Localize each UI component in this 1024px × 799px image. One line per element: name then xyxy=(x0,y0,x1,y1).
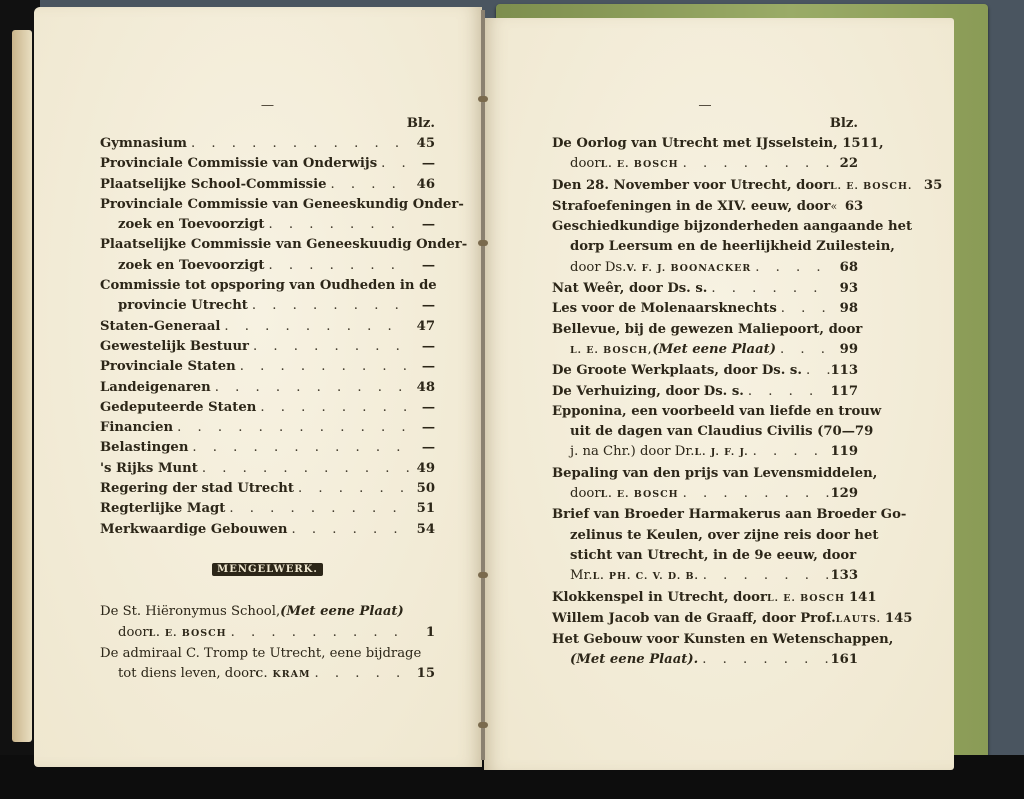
toc-entry: Epponina, een voorbeeld van liefde en tr… xyxy=(552,402,858,464)
entry-title: Nat Weêr, door Ds. s. xyxy=(552,279,707,299)
entry-author: L. E. BOSCH xyxy=(601,155,679,175)
entry-title: Financien xyxy=(100,418,173,438)
entry-plate-note: (Met eene Plaat) xyxy=(652,340,776,360)
entry-title: Klokkenspel in Utrecht, door xyxy=(552,588,767,608)
binding-stitch xyxy=(478,722,488,728)
entry-title: Epponina, een voorbeeld van liefde en tr… xyxy=(552,402,881,422)
toc-entry: De Oorlog van Utrecht met IJsselstein, 1… xyxy=(552,134,858,176)
entry-title: De Verhuizing, door Ds. s. xyxy=(552,382,744,402)
entry-page: 99 xyxy=(832,340,858,360)
entry-title: Provinciale Staten xyxy=(100,357,236,377)
entry-title-cont: zoek en Toevoorzigt xyxy=(118,215,264,235)
toc-entry: 's Rijks Munt49 xyxy=(100,459,435,479)
entry-author: L. J. F. J. xyxy=(694,443,748,463)
entry-title-cont: uit de dagen van Claudius Civilis (70—79 xyxy=(570,422,873,442)
entry-title-cont: zelinus te Keulen, over zijne reis door … xyxy=(570,526,879,546)
entry-page: — xyxy=(409,438,435,458)
entry-title: Landeigenaren xyxy=(100,378,211,398)
entry-title: Geschiedkundige bijzonderheden aangaande… xyxy=(552,217,912,237)
entry-page: — xyxy=(409,418,435,438)
toc-entry: Landeigenaren48 xyxy=(100,378,435,398)
entry-page: 54 xyxy=(409,520,435,540)
page-stack-edge xyxy=(12,30,32,742)
page-top-mark: — xyxy=(552,98,858,114)
entry-title: De admiraal C. Tromp te Utrecht, eene bi… xyxy=(100,644,421,664)
binding-stitch xyxy=(478,240,488,246)
toc-entry: Brief van Broeder Harmakerus aan Broeder… xyxy=(552,505,858,587)
entry-title: Provinciale Commissie van Geneeskundig O… xyxy=(100,195,464,215)
entry-page: 119 xyxy=(830,442,858,462)
entry-page: 45 xyxy=(409,134,435,154)
entry-page: 113 xyxy=(830,361,858,381)
toc-entry: Bellevue, bij de gewezen Maliepoort, doo… xyxy=(552,320,858,362)
entry-title-cont: provincie Utrecht xyxy=(118,296,248,316)
entry-title: Gedeputeerde Staten xyxy=(100,398,256,418)
toc-entry: Belastingen— xyxy=(100,438,435,458)
entry-page: 129 xyxy=(830,484,858,504)
entry-page: 15 xyxy=(409,664,435,684)
entry-title-cont: sticht van Utrecht, in de 9e eeuw, door xyxy=(570,546,856,566)
entry-title: Les voor de Molenaarsknechts xyxy=(552,299,777,319)
entry-author: V. F. J. BOONACKER xyxy=(626,259,751,279)
toc-entry: Strafoefeningen in de XIV. eeuw, door«63 xyxy=(552,197,858,217)
page-column-header: Blz. xyxy=(100,114,435,134)
entry-page: 47 xyxy=(409,317,435,337)
section-heading-label: MENGELWERK. xyxy=(212,563,323,576)
entry-title: Strafoefeningen in de XIV. eeuw, door xyxy=(552,197,831,217)
entry-author: L. E. BOSCH. xyxy=(830,177,912,197)
entry-title: Plaatselijke School-Commissie xyxy=(100,175,327,195)
entry-page: — xyxy=(409,398,435,418)
entry-by: tot diens leven, door xyxy=(118,664,255,684)
right-table-of-contents: — Blz. De Oorlog van Utrecht met IJssels… xyxy=(552,98,858,671)
toc-entry: Geschiedkundige bijzonderheden aangaande… xyxy=(552,217,858,279)
entry-author: « xyxy=(831,197,838,217)
entry-title: Belastingen xyxy=(100,438,188,458)
entry-title: De Oorlog van Utrecht met IJsselstein, 1… xyxy=(552,134,884,154)
entry-page: 50 xyxy=(409,479,435,499)
entry-page: 22 xyxy=(832,154,858,174)
entry-title: Regterlijke Magt xyxy=(100,499,225,519)
entry-author: C. KRAM xyxy=(255,665,310,685)
entry-page: 93 xyxy=(832,279,858,299)
toc-entry: Plaatselijke Commissie van Geneeskuudig … xyxy=(100,235,435,276)
entry-page: — xyxy=(409,296,435,316)
entry-page: — xyxy=(409,215,435,235)
toc-entry: Provinciale Commissie van Onderwijs— xyxy=(100,154,435,174)
entry-author: L. E. BOSCH xyxy=(601,485,679,505)
page-top-mark: — xyxy=(100,98,435,114)
toc-entry: Merkwaardige Gebouwen54 xyxy=(100,520,435,540)
entry-title: Brief van Broeder Harmakerus aan Broeder… xyxy=(552,505,906,525)
entry-title: Regering der stad Utrecht xyxy=(100,479,294,499)
toc-entry: Nat Weêr, door Ds. s.93 xyxy=(552,279,858,299)
entry-title: Bellevue, bij de gewezen Maliepoort, doo… xyxy=(552,320,862,340)
entry-title: Merkwaardige Gebouwen xyxy=(100,520,287,540)
entry-by: j. na Chr.) door Dr. xyxy=(570,442,694,462)
entry-page: 49 xyxy=(409,459,435,479)
entry-page: 35 xyxy=(916,176,942,196)
toc-entry: De St. Hiëronymus School, (Met eene Plaa… xyxy=(100,602,435,644)
entry-page: 48 xyxy=(409,378,435,398)
toc-entry: Regering der stad Utrecht50 xyxy=(100,479,435,499)
toc-entry: Financien— xyxy=(100,418,435,438)
entry-author: L. E. BOSCH xyxy=(149,624,227,644)
entry-by: Mr. xyxy=(570,566,593,586)
entry-page: 51 xyxy=(409,499,435,519)
entry-page: 1 xyxy=(409,623,435,643)
entry-title: Staten-Generaal xyxy=(100,317,220,337)
toc-entry: Het Gebouw voor Kunsten en Wetenschappen… xyxy=(552,630,858,671)
entry-author: LAUTS. xyxy=(836,610,881,630)
toc-entry: Bepaling van den prijs van Levensmiddele… xyxy=(552,464,858,506)
entry-page: 141 xyxy=(849,588,875,608)
entry-title: De Groote Werkplaats, door Ds. s. xyxy=(552,361,802,381)
toc-entry: Commissie tot opsporing van Oudheden in … xyxy=(100,276,435,317)
entry-title: Plaatselijke Commissie van Geneeskuudig … xyxy=(100,235,467,255)
entry-page: — xyxy=(409,357,435,377)
entry-title: Den 28. November voor Utrecht, door xyxy=(552,176,830,196)
entry-page: — xyxy=(409,337,435,357)
entry-title: Gymnasium xyxy=(100,134,187,154)
entry-author: L. E. BOSCH, xyxy=(570,341,652,361)
entry-plate-note: (Met eene Plaat). xyxy=(570,650,698,670)
toc-entry: De admiraal C. Tromp te Utrecht, eene bi… xyxy=(100,644,435,686)
entry-page: — xyxy=(409,256,435,276)
book-gutter xyxy=(481,10,485,760)
toc-entry: Den 28. November voor Utrecht, door L. E… xyxy=(552,176,858,197)
toc-entry: De Verhuizing, door Ds. s.117 xyxy=(552,382,858,402)
entry-author: L. E. BOSCH xyxy=(767,589,845,609)
toc-entry: Willem Jacob van de Graaff, door Prof. L… xyxy=(552,609,858,630)
entry-title: Willem Jacob van de Graaff, door Prof. xyxy=(552,609,836,629)
entry-title: Gewestelijk Bestuur xyxy=(100,337,249,357)
toc-entry: Les voor de Molenaarsknechts98 xyxy=(552,299,858,319)
entry-by: door Ds. xyxy=(570,258,626,278)
entry-plate-note: (Met eene Plaat) xyxy=(280,602,404,622)
entry-page: 133 xyxy=(830,566,858,586)
left-table-of-contents: — Blz. Gymnasium45 Provinciale Commissie… xyxy=(100,98,435,685)
toc-entry: Gedeputeerde Staten— xyxy=(100,398,435,418)
entry-page: 161 xyxy=(830,650,858,670)
entry-by: door xyxy=(570,154,601,174)
entry-title: Bepaling van den prijs van Levensmiddele… xyxy=(552,464,877,484)
toc-entry: Regterlijke Magt51 xyxy=(100,499,435,519)
entry-title: Provinciale Commissie van Onderwijs xyxy=(100,154,377,174)
entry-page: 98 xyxy=(832,299,858,319)
entry-by: door xyxy=(570,484,601,504)
section-heading-mengelwerk: MENGELWERK. xyxy=(100,560,435,580)
toc-entry: Gymnasium45 xyxy=(100,134,435,154)
entry-page: 63 xyxy=(837,197,863,217)
page-column-header: Blz. xyxy=(552,114,858,134)
toc-entry: Staten-Generaal47 xyxy=(100,317,435,337)
toc-entry: Klokkenspel in Utrecht, door L. E. BOSCH… xyxy=(552,588,858,609)
entry-title: 's Rijks Munt xyxy=(100,459,198,479)
toc-entry: Gewestelijk Bestuur— xyxy=(100,337,435,357)
toc-entry: Plaatselijke School-Commissie46 xyxy=(100,175,435,195)
toc-entry: De Groote Werkplaats, door Ds. s.113 xyxy=(552,361,858,381)
entry-by: door xyxy=(118,623,149,643)
binding-stitch xyxy=(478,96,488,102)
toc-entry: Provinciale Staten— xyxy=(100,357,435,377)
entry-page: — xyxy=(409,154,435,174)
entry-title-cont: zoek en Toevoorzigt xyxy=(118,256,264,276)
toc-entry: Provinciale Commissie van Geneeskundig O… xyxy=(100,195,435,236)
entry-title: Het Gebouw voor Kunsten en Wetenschappen… xyxy=(552,630,893,650)
entry-title: De St. Hiëronymus School, xyxy=(100,602,280,622)
entry-page: 46 xyxy=(409,175,435,195)
entry-title-cont: dorp Leersum en de heerlijkheid Zuileste… xyxy=(570,237,895,257)
entry-author: L. PH. C. V. D. B. xyxy=(593,567,699,587)
entry-title: Commissie tot opsporing van Oudheden in … xyxy=(100,276,437,296)
entry-page: 68 xyxy=(832,258,858,278)
binding-stitch xyxy=(478,572,488,578)
entry-page: 117 xyxy=(830,382,858,402)
entry-page: 145 xyxy=(885,609,911,629)
